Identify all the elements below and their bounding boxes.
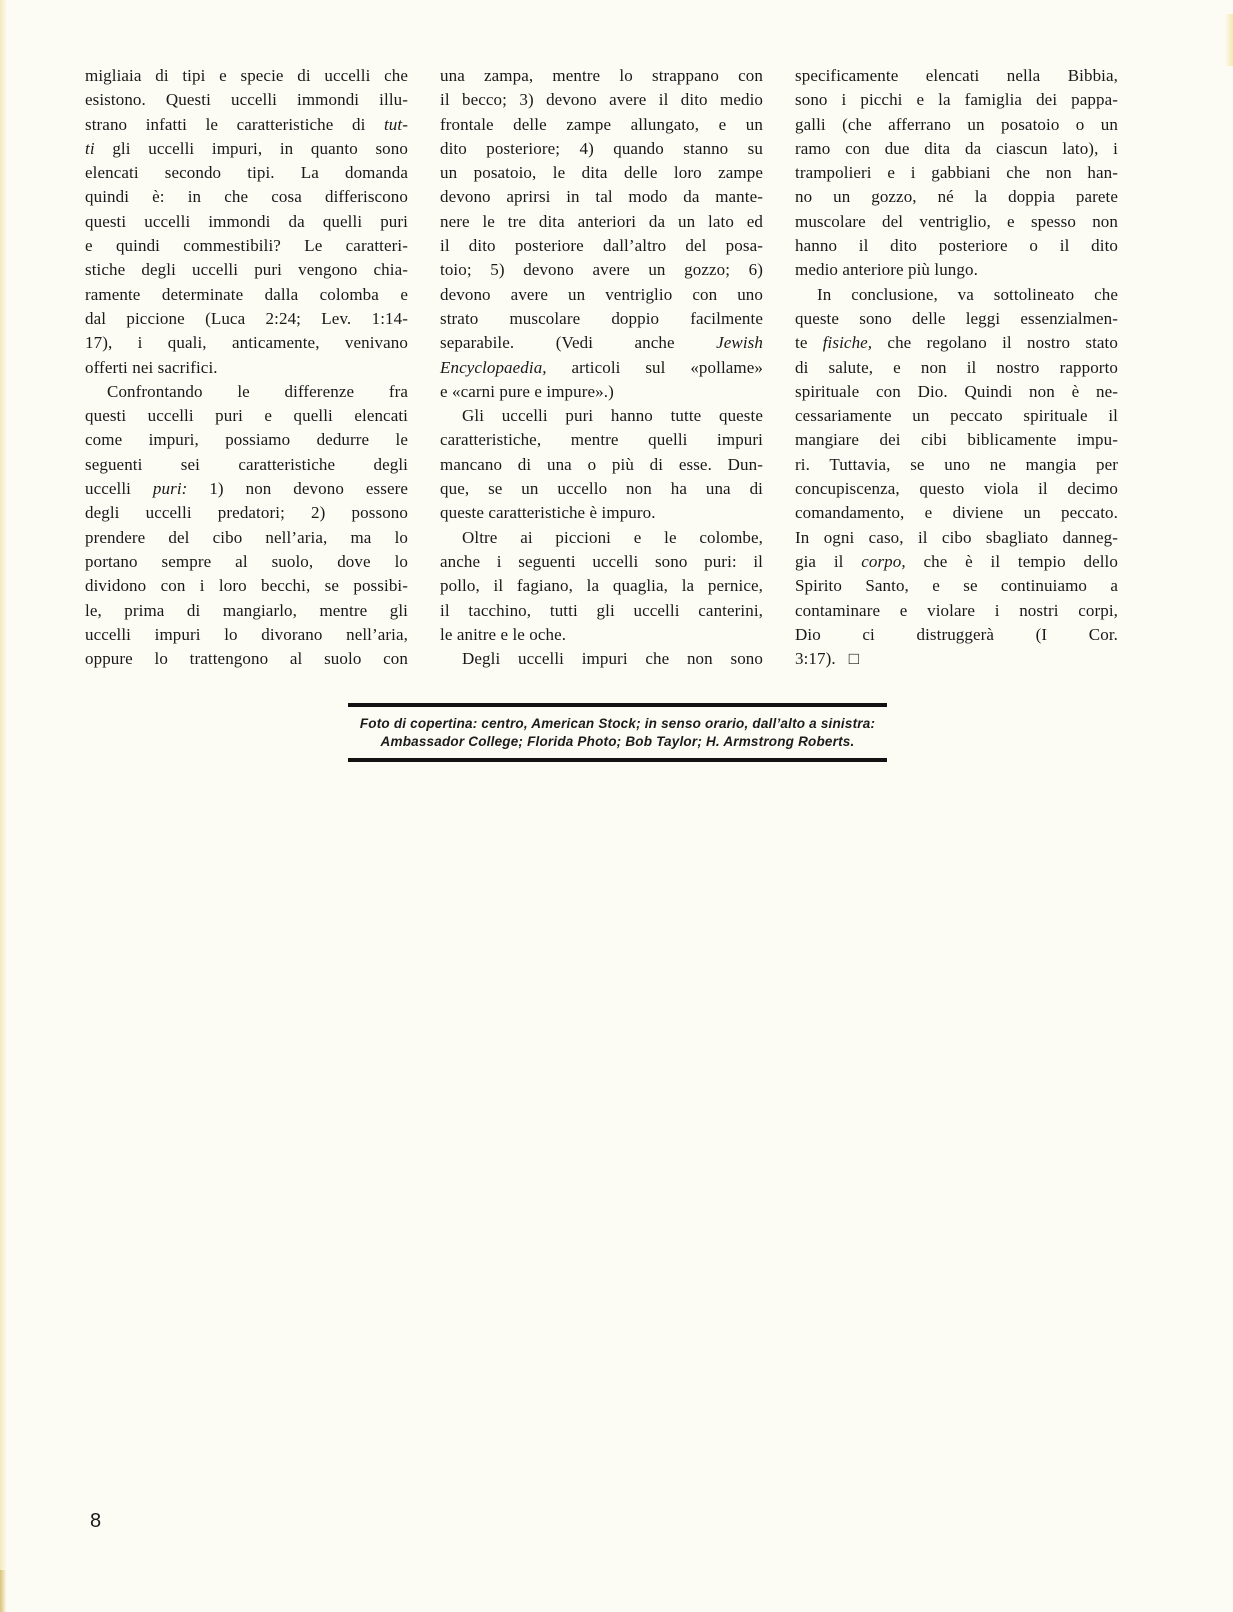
text-line: prendere del cibo nell’aria, ma lo	[85, 526, 408, 550]
italic-text: Encyclopaedia,	[440, 358, 547, 377]
text-line: mangiare dei cibi biblicamente impu-	[795, 428, 1118, 452]
text-line: elencati secondo tipi. La domanda	[85, 161, 408, 185]
text-line: que, se un uccello non ha una di	[440, 477, 763, 501]
article-body: migliaia di tipi e specie di uccelli che…	[85, 64, 1118, 671]
text-line: galli (che afferrano un posatoio o un	[795, 113, 1118, 137]
magazine-page: migliaia di tipi e specie di uccelli che…	[0, 0, 1233, 1612]
scan-edge-artifact-right	[1225, 14, 1233, 66]
text-line: mancano di una o più di esse. Dun-	[440, 453, 763, 477]
italic-text: tut-	[384, 115, 408, 134]
text-line: anche i seguenti uccelli sono puri: il	[440, 550, 763, 574]
text-line: no un gozzo, né la doppia parete	[795, 185, 1118, 209]
credit-rule-bottom	[348, 758, 887, 762]
text-line: offerti nei sacrifici.	[85, 356, 408, 380]
italic-text: corpo,	[861, 552, 906, 571]
text-line: il dito posteriore dall’altro del posa-	[440, 234, 763, 258]
photo-credit-text: Foto di copertina: centro, American Stoc…	[348, 707, 887, 758]
text-line: pollo, il fagiano, la quaglia, la pernic…	[440, 574, 763, 598]
text-line: sono i picchi e la famiglia dei pappa-	[795, 88, 1118, 112]
text-line: ti gli uccelli impuri, in quanto sono	[85, 137, 408, 161]
italic-text: ti	[85, 139, 95, 158]
text-line: Degli uccelli impuri che non sono	[440, 647, 763, 671]
text-line: questi uccelli puri e quelli elencati	[85, 404, 408, 428]
text-line: stiche degli uccelli puri vengono chia-	[85, 258, 408, 282]
text-line: medio anteriore più lungo.	[795, 258, 1118, 282]
text-line: portano sempre al suolo, dove lo	[85, 550, 408, 574]
text-line: come impuri, possiamo dedurre le	[85, 428, 408, 452]
text-line: gia il corpo, che è il tempio dello	[795, 550, 1118, 574]
text-line: dito posteriore; 4) quando stanno su	[440, 137, 763, 161]
text-column-1: migliaia di tipi e specie di uccelli che…	[85, 64, 408, 671]
text-line: queste caratteristiche è impuro.	[440, 501, 763, 525]
text-line: uccelli impuri lo divorano nell’aria,	[85, 623, 408, 647]
text-line: muscolare del ventriglio, e spesso non	[795, 210, 1118, 234]
text-line: le anitre e le oche.	[440, 623, 763, 647]
text-line: comandamento, e diviene un peccato.	[795, 501, 1118, 525]
text-line: ramo con due dita da ciascun lato), i	[795, 137, 1118, 161]
page-number: 8	[90, 1510, 101, 1533]
text-line: Gli uccelli puri hanno tutte queste	[440, 404, 763, 428]
text-line: spirituale con Dio. Quindi non è ne-	[795, 380, 1118, 404]
text-line: quindi è: in che cosa differiscono	[85, 185, 408, 209]
text-line: dividono con i loro becchi, se possibi-	[85, 574, 408, 598]
text-line: caratteristiche, mentre quelli impuri	[440, 428, 763, 452]
text-line: il tacchino, tutti gli uccelli canterini…	[440, 599, 763, 623]
text-line: dal piccione (Luca 2:24; Lev. 1:14-	[85, 307, 408, 331]
text-line: frontale delle zampe allungato, e un	[440, 113, 763, 137]
text-line: ri. Tuttavia, se uno ne mangia per	[795, 453, 1118, 477]
text-line: separabile. (Vedi anche Jewish	[440, 331, 763, 355]
text-line: migliaia di tipi e specie di uccelli che	[85, 64, 408, 88]
text-line: strano infatti le caratteristiche di tut…	[85, 113, 408, 137]
text-line: degli uccelli predatori; 2) possono	[85, 501, 408, 525]
text-line: In conclusione, va sottolineato che	[795, 283, 1118, 307]
photo-credit-box: Foto di copertina: centro, American Stoc…	[348, 703, 887, 762]
text-line: il becco; 3) devono avere il dito medio	[440, 88, 763, 112]
text-line: una zampa, mentre lo strappano con	[440, 64, 763, 88]
text-line: Confrontando le differenze fra	[85, 380, 408, 404]
text-line: trampolieri e i gabbiani che non han-	[795, 161, 1118, 185]
text-line: e quindi commestibili? Le caratteri-	[85, 234, 408, 258]
text-line: le, prima di mangiarlo, mentre gli	[85, 599, 408, 623]
text-line: Spirito Santo, e se continuiamo a	[795, 574, 1118, 598]
text-line: cessariamente un peccato spirituale il	[795, 404, 1118, 428]
text-line: e «carni pure e impure».)	[440, 380, 763, 404]
text-line: In ogni caso, il cibo sbagliato danneg-	[795, 526, 1118, 550]
text-line: 3:17). □	[795, 647, 1118, 671]
text-line: Dio ci distruggerà (I Cor.	[795, 623, 1118, 647]
text-line: uccelli puri: 1) non devono essere	[85, 477, 408, 501]
photo-credit-line-1: Foto di copertina: centro, American Stoc…	[352, 715, 883, 733]
text-line: devono aprirsi in tal modo da mante-	[440, 185, 763, 209]
text-line: un posatoio, le dita delle loro zampe	[440, 161, 763, 185]
text-line: Oltre ai piccioni e le colombe,	[440, 526, 763, 550]
text-line: concupiscenza, questo viola il decimo	[795, 477, 1118, 501]
text-line: toio; 5) devono avere un gozzo; 6)	[440, 258, 763, 282]
text-line: seguenti sei caratteristiche degli	[85, 453, 408, 477]
text-line: questi uccelli immondi da quelli puri	[85, 210, 408, 234]
text-line: devono avere un ventriglio con uno	[440, 283, 763, 307]
text-line: te fisiche, che regolano il nostro stato	[795, 331, 1118, 355]
text-line: oppure lo trattengono al suolo con	[85, 647, 408, 671]
italic-text: Jewish	[716, 333, 763, 352]
text-line: Encyclopaedia, articoli sul «pollame»	[440, 356, 763, 380]
italic-text: fisiche,	[823, 333, 872, 352]
text-line: queste sono delle leggi essenzialmen-	[795, 307, 1118, 331]
scan-edge-artifact-left	[0, 0, 7, 1612]
text-line: contaminare e violare i nostri corpi,	[795, 599, 1118, 623]
text-line: nere le tre dita anteriori da un lato ed	[440, 210, 763, 234]
text-line: ramente determinate dalla colomba e	[85, 283, 408, 307]
text-column-3: specificamente elencati nella Bibbia,son…	[795, 64, 1118, 671]
text-line: strato muscolare doppio facilmente	[440, 307, 763, 331]
scan-edge-artifact-bottom	[0, 1570, 6, 1612]
photo-credit-line-2: Ambassador College; Florida Photo; Bob T…	[352, 733, 883, 751]
text-line: 17), i quali, anticamente, venivano	[85, 331, 408, 355]
text-column-2: una zampa, mentre lo strappano conil bec…	[440, 64, 763, 671]
text-line: di salute, e non il nostro rapporto	[795, 356, 1118, 380]
text-line: esistono. Questi uccelli immondi illu-	[85, 88, 408, 112]
italic-text: puri:	[153, 479, 188, 498]
text-line: specificamente elencati nella Bibbia,	[795, 64, 1118, 88]
text-line: hanno il dito posteriore o il dito	[795, 234, 1118, 258]
